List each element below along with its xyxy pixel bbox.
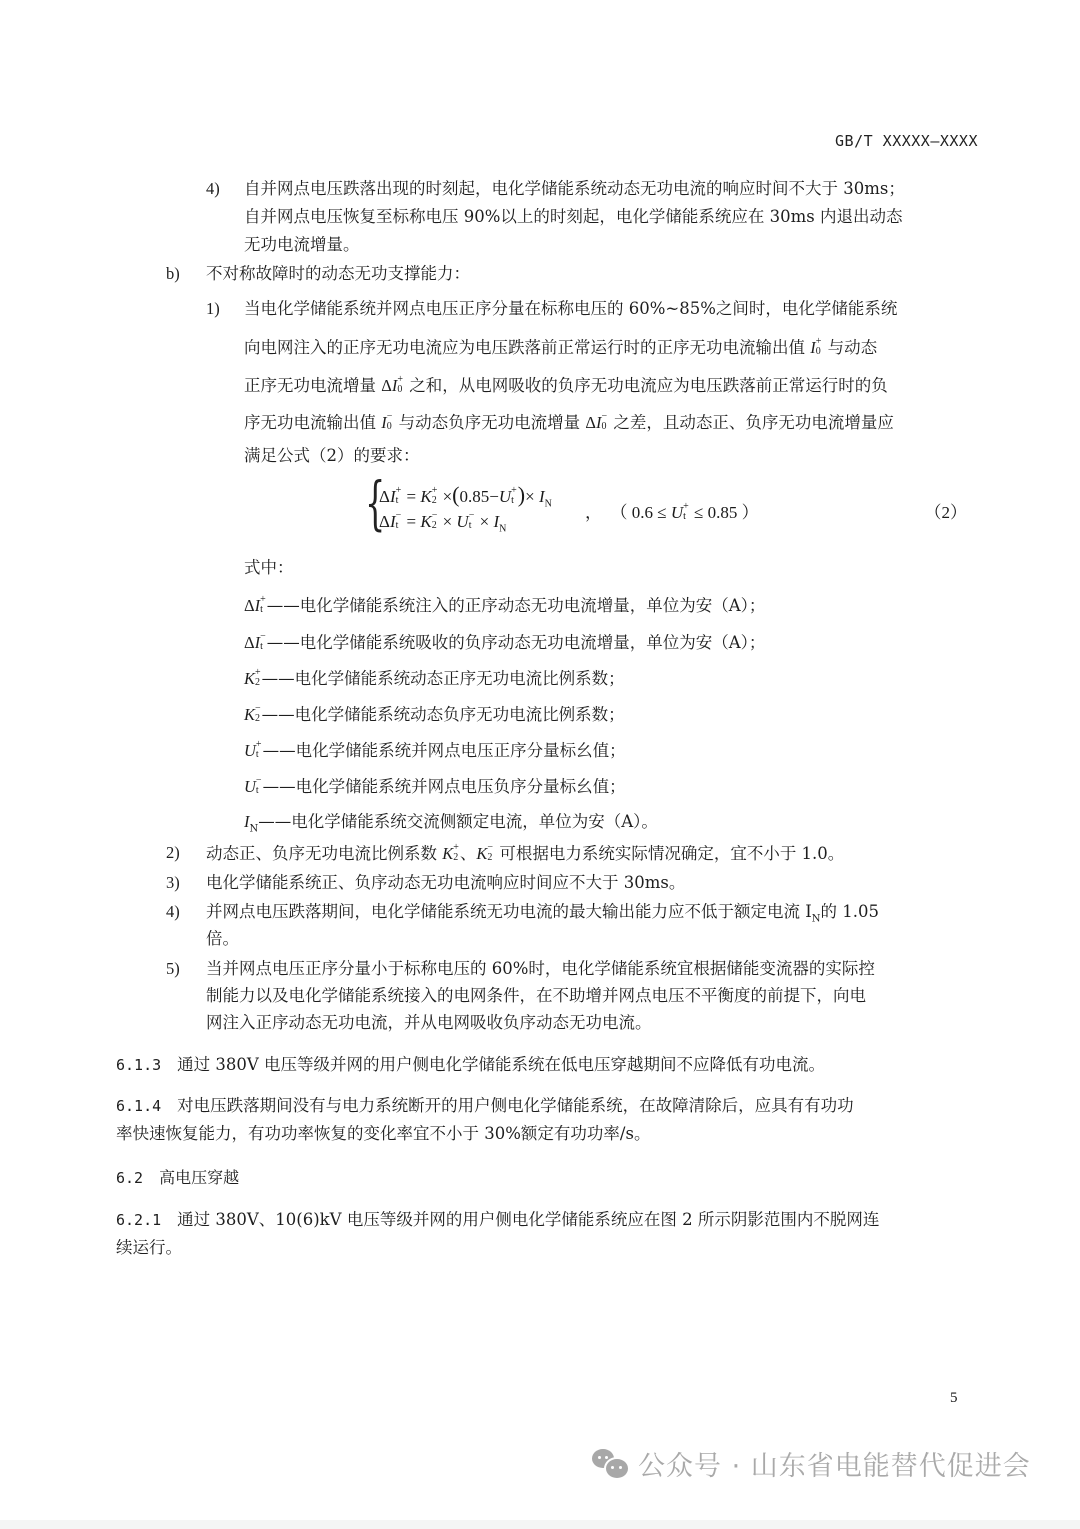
wechat-icon xyxy=(592,1447,628,1479)
paragraph-line: 网注入正序动态无功电流，并从电网吸收负序动态无功电流。 xyxy=(206,1015,652,1032)
section-heading-6-2: 6.2高电压穿越 xyxy=(116,1170,239,1186)
formula-number: （2） xyxy=(925,498,968,523)
where-label: 式中： xyxy=(244,560,294,577)
paragraph-line: 自并网点电压恢复至标称电压 90%以上的时刻起，电化学储能系统应在 30ms 内… xyxy=(244,209,903,226)
symbol: U+t xyxy=(244,741,263,760)
symbol: K−2 xyxy=(244,705,262,724)
paragraph-line: 无功电流增量。 xyxy=(244,237,360,254)
definition-item: ΔI+t——电化学储能系统注入的正序动态无功电流增量，单位为安（A）； xyxy=(244,597,765,617)
clause-number: 6.1.3 xyxy=(116,1056,161,1074)
clause-number: 6.2.1 xyxy=(116,1211,161,1229)
symbol-I0-minus: I−0 xyxy=(381,413,393,432)
symbol-K2-plus: K+2 xyxy=(442,844,460,863)
watermark-text: 公众号 · 山东省电能替代促进会 xyxy=(638,1444,1031,1483)
clause-6-1-3: 6.1.3通过 380V 电压等级并网的用户侧电化学储能系统在低电压穿越期间不应… xyxy=(116,1057,825,1074)
definition-item: U−t——电化学储能系统并网点电压负序分量标幺值； xyxy=(244,778,626,798)
definition-item: K−2——电化学储能系统动态负序无功电流比例系数； xyxy=(244,706,625,726)
paragraph-line: 序无功电流输出值 I−0 与动态负序无功电流增量 ΔI−0 之差，且动态正、负序… xyxy=(244,414,894,434)
definition-item: U+t——电化学储能系统并网点电压正序分量标幺值； xyxy=(244,742,626,762)
paragraph-line: 续运行。 xyxy=(116,1240,182,1257)
paragraph-line: 制能力以及电化学储能系统接入的电网条件，在不助增并网点电压不平衡度的前提下，向电 xyxy=(206,988,866,1005)
list-marker: 5) xyxy=(166,961,180,978)
formula-condition: ， （ 0.6 ≤ U+t ≤ 0.85 ） xyxy=(585,498,759,524)
document-page: GB/T XXXXX—XXXX 4) 自并网点电压跌落出现的时刻起，电化学储能系… xyxy=(0,0,1080,1520)
formula-row-1: ΔI+t = K+2 ×(0.85−U+t)× IN xyxy=(379,482,552,508)
formula-row-2: ΔI−t = K−2 × U−t × IN xyxy=(379,512,506,533)
standard-code-header: GB/T XXXXX—XXXX xyxy=(835,132,978,150)
definition-item: IN——电化学储能系统交流侧额定电流，单位为安（A）。 xyxy=(244,814,658,831)
paragraph-line: 动态正、负序无功电流比例系数 K+2、K−2 可根据电力系统实际情况确定，宜不小… xyxy=(206,845,844,865)
symbol-I0-plus: I+0 xyxy=(810,338,822,357)
paragraph-line: 当电化学储能系统并网点电压正序分量在标称电压的 60%~85%之间时，电化学储能… xyxy=(244,301,897,318)
symbol: K+2 xyxy=(244,669,262,688)
paragraph-line: 率快速恢复能力，有功功率恢复的变化率宜不小于 30%额定有功功率/s。 xyxy=(116,1126,650,1143)
list-marker: 4) xyxy=(166,904,180,921)
list-marker: 3) xyxy=(166,875,180,892)
clause-6-2-1: 6.2.1通过 380V、10(6)kV 电压等级并网的用户侧电化学储能系统应在… xyxy=(116,1212,879,1229)
paragraph-line: 向电网注入的正序无功电流应为电压跌落前正常运行时的正序无功电流输出值 I+0 与… xyxy=(244,339,877,359)
watermark: 公众号 · 山东省电能替代促进会 xyxy=(592,1443,1031,1483)
list-marker: b) xyxy=(166,266,180,283)
page-number: 5 xyxy=(950,1390,958,1407)
paragraph-line: 当并网点电压正序分量小于标称电压的 60%时，电化学储能系统宜根据储能变流器的实… xyxy=(206,961,875,978)
symbol: ΔI+t xyxy=(244,596,267,615)
symbol-K2-minus: K−2 xyxy=(476,844,494,863)
list-marker: 1) xyxy=(206,301,220,318)
symbol-delta-I0-plus: ΔI+0 xyxy=(381,376,404,395)
paragraph-line: 倍。 xyxy=(206,931,239,948)
paragraph-line: 并网点电压跌落期间，电化学储能系统无功电流的最大输出能力应不低于额定电流 IN的… xyxy=(206,904,879,921)
list-marker: 2) xyxy=(166,845,180,862)
paragraph-line: 电化学储能系统正、负序动态无功电流响应时间应不大于 30ms。 xyxy=(206,875,685,892)
formula-2: { ΔI+t = K+2 ×(0.85−U+t)× IN ΔI−t = K−2 … xyxy=(365,478,985,540)
symbol: U−t xyxy=(244,777,263,796)
list-item-title: 不对称故障时的动态无功支撑能力： xyxy=(206,266,470,283)
definition-item: ΔI−t——电化学储能系统吸收的负序动态无功电流增量，单位为安（A）； xyxy=(244,634,765,654)
paragraph-line: 正序无功电流增量 ΔI+0 之和，从电网吸收的负序无功电流应为电压跌落前正常运行… xyxy=(244,377,888,397)
paragraph-line: 满足公式（2）的要求： xyxy=(244,448,420,465)
symbol-delta-I0-minus: ΔI−0 xyxy=(585,413,608,432)
section-number: 6.2 xyxy=(116,1169,143,1187)
clause-6-1-4: 6.1.4对电压跌落期间没有与电力系统断开的用户侧电化学储能系统，在故障清除后，… xyxy=(116,1098,854,1115)
paragraph-line: 自并网点电压跌落出现的时刻起，电化学储能系统动态无功电流的响应时间不大于 30m… xyxy=(244,181,905,198)
list-marker: 4) xyxy=(206,181,220,198)
clause-number: 6.1.4 xyxy=(116,1097,161,1115)
bottom-strip xyxy=(0,1520,1080,1529)
symbol: ΔI−t xyxy=(244,633,267,652)
definition-item: K+2——电化学储能系统动态正序无功电流比例系数； xyxy=(244,670,625,690)
